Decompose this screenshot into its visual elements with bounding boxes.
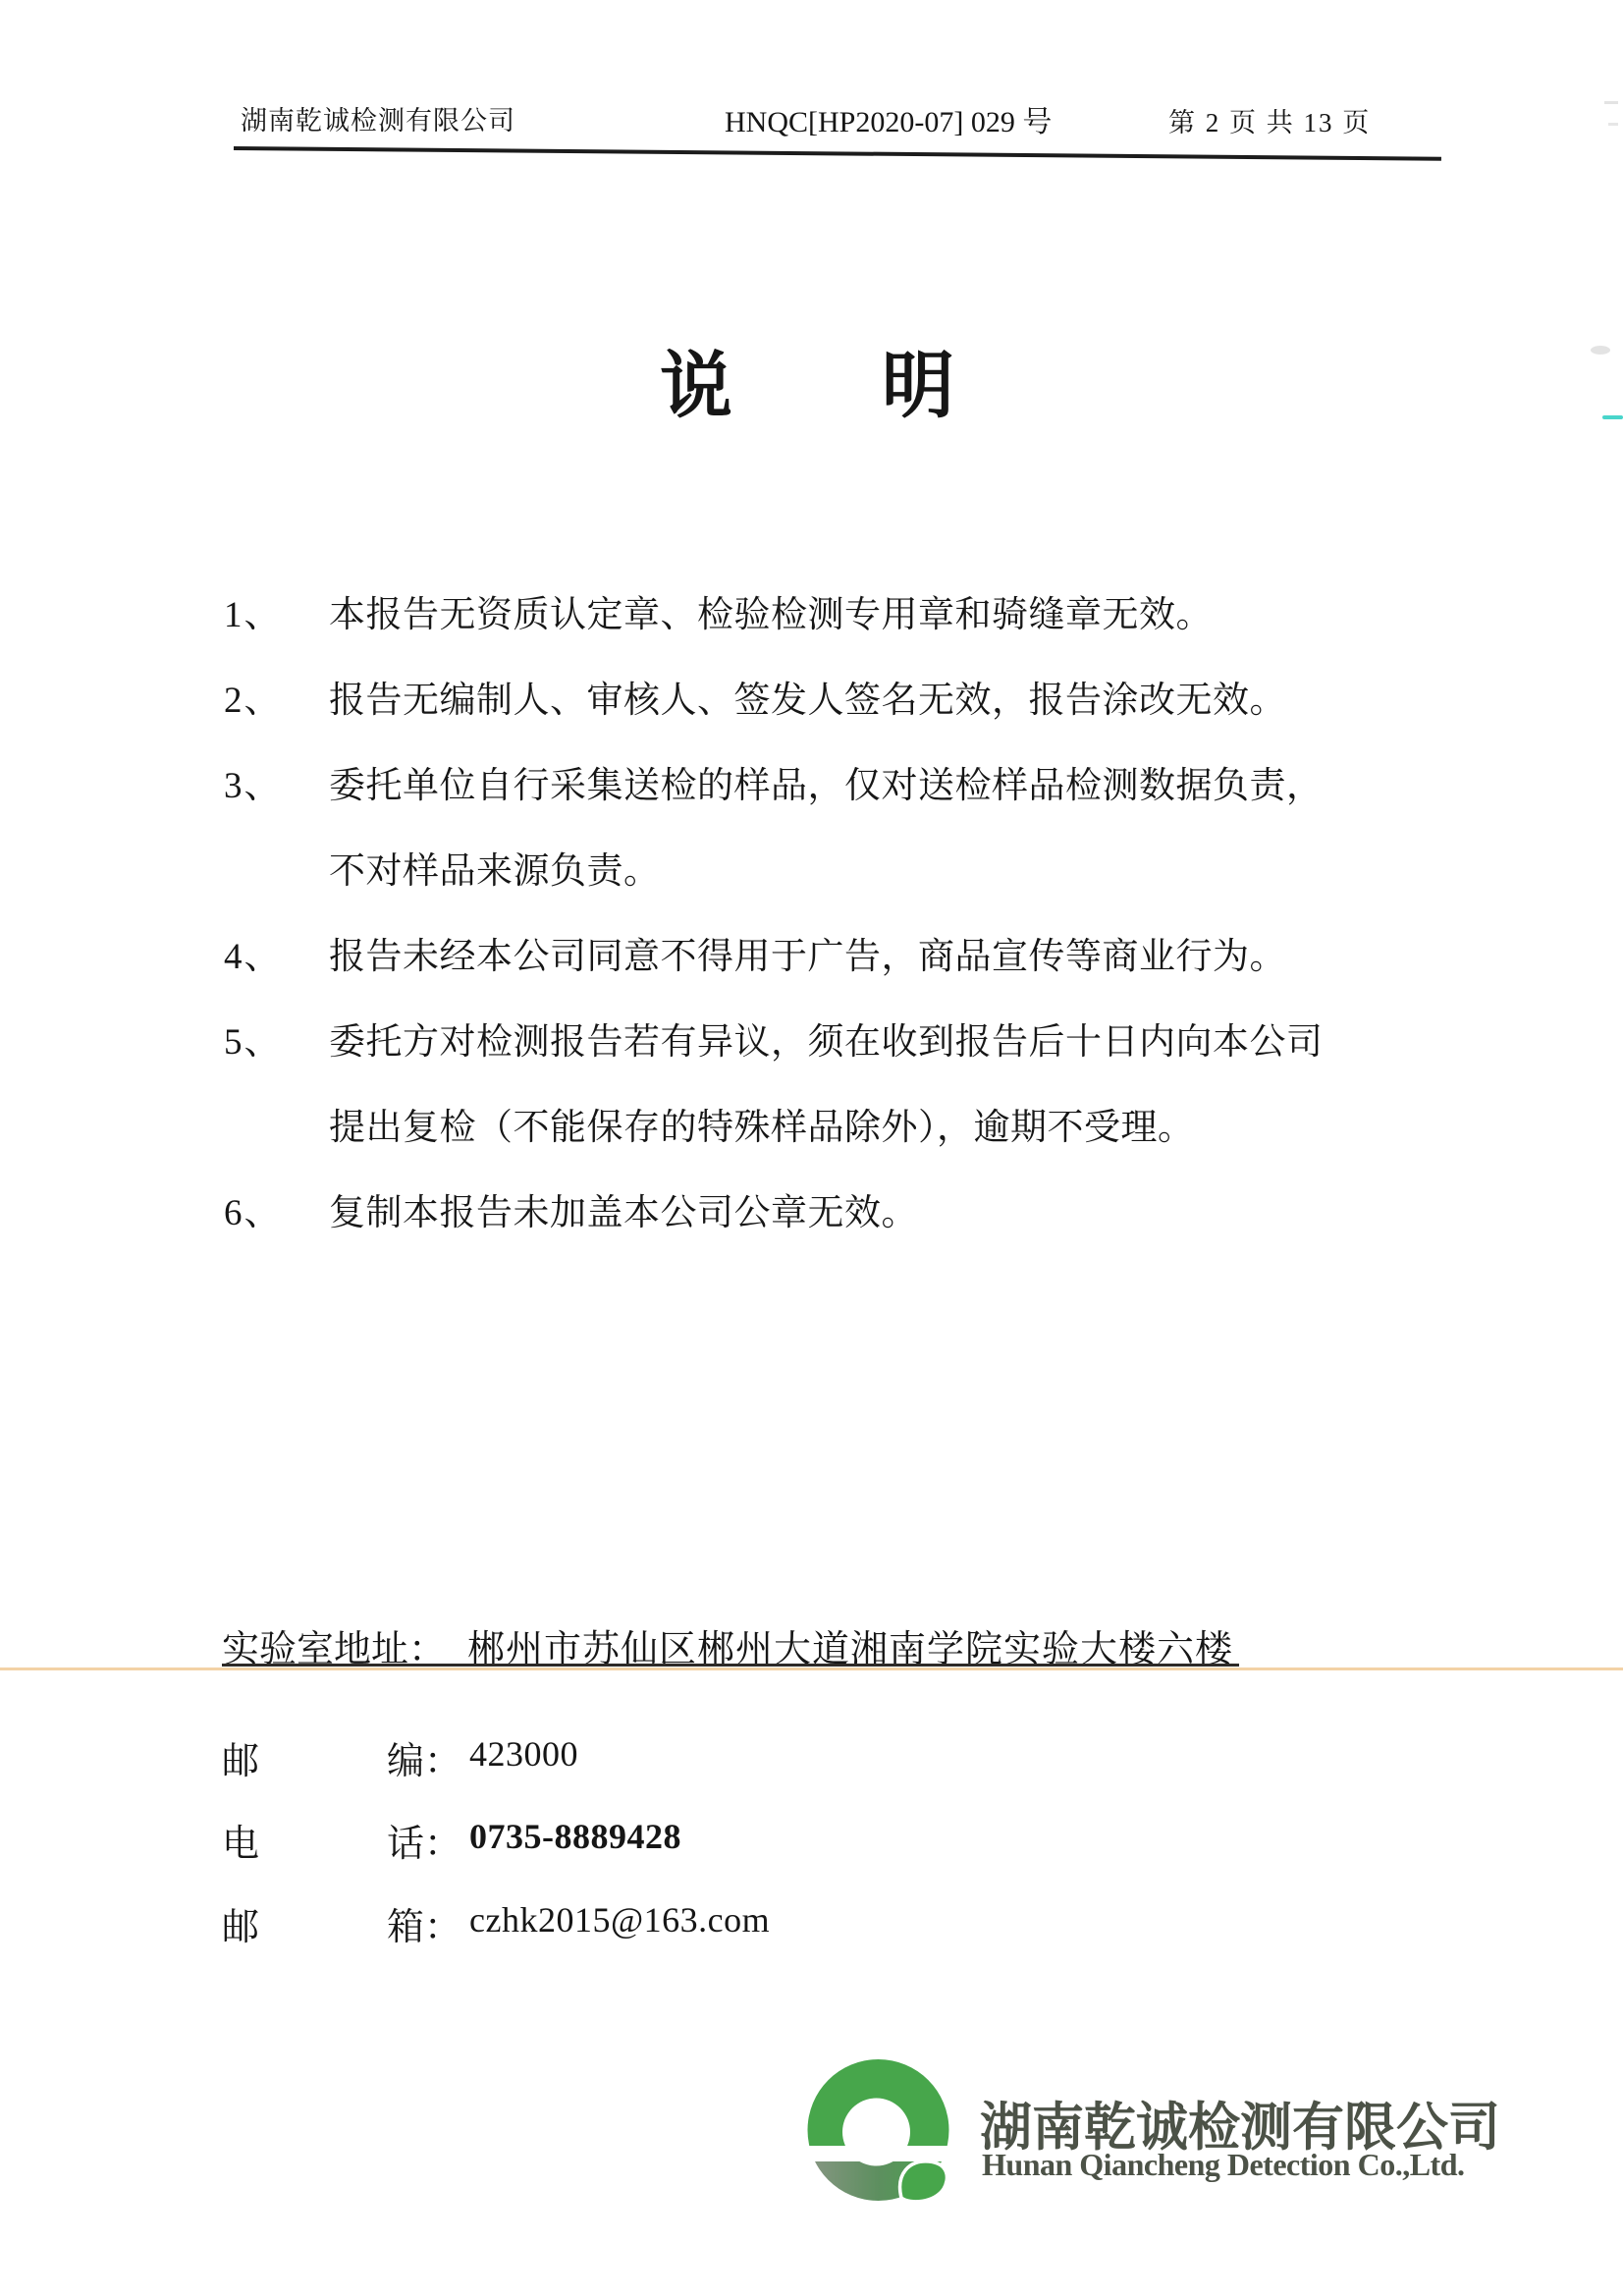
note-line-2: 2、 报告无编制人、审核人、签发人签名无效，报告涂改无效。 <box>0 653 1623 738</box>
label-last-part: 话： <box>387 1813 461 1867</box>
note-number: 5、 <box>224 1011 329 1065</box>
page-title-char-2: 明 <box>882 328 954 432</box>
note-line-4: 4、 报告未经本公司同意不得用于广告，商品宣传等商业行为。 <box>0 909 1623 995</box>
note-text: 不对样品来源负责。 <box>329 841 661 894</box>
company-logo-q-icon <box>807 2056 950 2204</box>
note-text: 本报告无资质认定章、检验检测专用章和骑缝章无效。 <box>329 584 1213 637</box>
phone-label: 电 话： <box>222 1813 461 1867</box>
label-first-char: 邮 <box>222 1896 259 1950</box>
note-number: 1、 <box>224 584 329 637</box>
note-line-3-continued: 不对样品来源负责。 <box>0 824 1623 909</box>
phone-value: 0735-8889428 <box>469 1816 681 1857</box>
email-label: 邮 箱： <box>222 1896 461 1950</box>
postal-code-label: 邮 编： <box>222 1730 461 1784</box>
header-report-number: HNQC[HP2020-07] 029 号 <box>725 97 1052 140</box>
label-first-char: 邮 <box>222 1730 259 1784</box>
note-text: 报告无编制人、审核人、签发人签名无效，报告涂改无效。 <box>329 670 1286 723</box>
note-line-5-continued: 提出复检（不能保存的特殊样品除外），逾期不受理。 <box>0 1080 1623 1166</box>
note-number: 3、 <box>224 755 329 808</box>
header-company-name: 湖南乾诚检测有限公司 <box>241 99 515 137</box>
scan-mark-smudge <box>1591 346 1610 355</box>
note-line-3: 3、 委托单位自行采集送检的样品，仅对送检样品检测数据负责， <box>0 738 1623 824</box>
phone-row: 电 话： 0735-8889428 <box>0 1813 1623 1862</box>
lab-address-row: 实验室地址： 郴州市苏仙区郴州大道湘南学院实验大楼六楼 <box>0 1618 1623 1666</box>
address-underline <box>222 1664 1239 1667</box>
label-first-char: 电 <box>222 1813 259 1867</box>
note-number: 6、 <box>224 1182 329 1235</box>
scan-mark-cyan <box>1602 415 1623 419</box>
note-number: 2、 <box>224 670 329 723</box>
note-text: 委托单位自行采集送检的样品，仅对送检样品检测数据负责， <box>329 755 1324 808</box>
note-line-6: 6、 复制本报告未加盖本公司公章无效。 <box>0 1166 1623 1251</box>
notes-list: 1、 本报告无资质认定章、检验检测专用章和骑缝章无效。 2、 报告无编制人、审核… <box>0 568 1623 1251</box>
note-text: 复制本报告未加盖本公司公章无效。 <box>329 1182 918 1235</box>
note-line-1: 1、 本报告无资质认定章、检验检测专用章和骑缝章无效。 <box>0 568 1623 653</box>
note-text: 委托方对检测报告若有异议，须在收到报告后十日内向本公司 <box>329 1011 1324 1065</box>
page-title-char-1: 说 <box>660 328 732 432</box>
note-number: 4、 <box>224 926 329 979</box>
header-page-number: 第 2 页 共 13 页 <box>1168 101 1371 139</box>
email-row: 邮 箱： czhk2015@163.com <box>0 1896 1623 1945</box>
header-rule <box>234 146 1441 161</box>
postal-code-row: 邮 编： 423000 <box>0 1730 1623 1779</box>
scan-fold-line <box>0 1667 1623 1670</box>
scan-mark-dash <box>1608 123 1618 126</box>
email-value: czhk2015@163.com <box>469 1899 770 1941</box>
label-last-part: 箱： <box>387 1896 461 1950</box>
page-title: 说 明 <box>660 328 954 432</box>
postal-code-value: 423000 <box>469 1733 578 1775</box>
note-text: 提出复检（不能保存的特殊样品除外），逾期不受理。 <box>329 1097 1195 1150</box>
report-page: 湖南乾诚检测有限公司 HNQC[HP2020-07] 029 号 第 2 页 共… <box>0 0 1623 2296</box>
note-text: 报告未经本公司同意不得用于广告，商品宣传等商业行为。 <box>329 926 1286 979</box>
label-last-part: 编： <box>387 1730 461 1784</box>
logo-company-name-en: Hunan Qiancheng Detection Co.,Ltd. <box>982 2147 1464 2183</box>
note-line-5: 5、 委托方对检测报告若有异议，须在收到报告后十日内向本公司 <box>0 995 1623 1080</box>
scan-mark-dash <box>1604 101 1618 104</box>
